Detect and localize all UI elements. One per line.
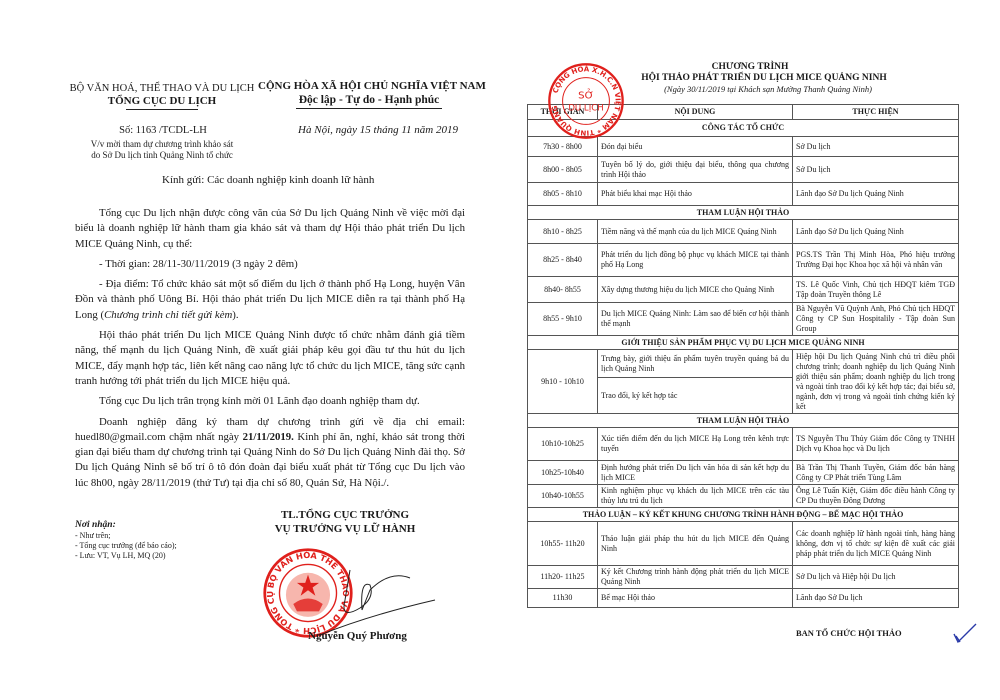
content-cell: Xây dựng thương hiệu du lịch MICE cho Qu… bbox=[598, 277, 793, 303]
executor-cell: Hiệp hội Du lịch Quảng Ninh chủ trì điều… bbox=[793, 350, 959, 414]
time-cell: 8h25 - 8h40 bbox=[528, 244, 598, 277]
content-cell: Phát triển du lịch đồng bộ phục vụ khách… bbox=[598, 244, 793, 277]
svg-text:DU LỊCH: DU LỊCH bbox=[568, 103, 603, 113]
program-schedule-table: THỜI GIAN NỘI DUNG THỰC HIỆN CÔNG TÁC TỔ… bbox=[527, 104, 959, 608]
table-row: 8h00 - 8h05 Tuyên bố lý do, giới thiệu đ… bbox=[528, 157, 959, 183]
content-cell: Đón đại biểu bbox=[598, 137, 793, 157]
executor-cell: Sở Du lịch bbox=[793, 157, 959, 183]
national-motto: Độc lập - Tự do - Hạnh phúc bbox=[258, 93, 480, 107]
table-row: 10h55- 11h20 Thảo luận giải pháp thu hút… bbox=[528, 522, 959, 566]
department-underline bbox=[126, 109, 198, 110]
time-cell: 10h10-10h25 bbox=[528, 428, 598, 461]
paragraph-invitation: Tổng cục Du lịch trân trọng kính mời 01 … bbox=[75, 394, 465, 409]
table-row: 10h25-10h40 Định hướng phát triển Du lịc… bbox=[528, 461, 959, 485]
executor-cell: PGS.TS Trần Thị Minh Hòa, Phó hiệu trưởn… bbox=[793, 244, 959, 277]
ministry-name: BỘ VĂN HOÁ, THỂ THAO VÀ DU LỊCH bbox=[62, 82, 262, 95]
content-cell: Thảo luận giải pháp thu hút du lịch MICE… bbox=[598, 522, 793, 566]
time-cell: 8h10 - 8h25 bbox=[528, 220, 598, 244]
section-row: GIỚI THIỆU SẢN PHẨM PHỤC VỤ DU LỊCH MICE… bbox=[528, 336, 959, 350]
executor-cell: TS Nguyễn Thu Thủy Giám đốc Công ty TNHH… bbox=[793, 428, 959, 461]
location-end: ). bbox=[232, 309, 238, 321]
executor-cell: Sở Du lịch và Hiệp hội Du lịch bbox=[793, 566, 959, 589]
organizer-signature: BAN TỔ CHỨC HỘI THẢO bbox=[796, 628, 902, 638]
table-row: 8h10 - 8h25 Tiềm năng và thế mạnh của du… bbox=[528, 220, 959, 244]
recipients-title: Nơi nhận: bbox=[75, 519, 177, 531]
issuer-header: BỘ VĂN HOÁ, THỂ THAO VÀ DU LỊCH TỔNG CỤC… bbox=[62, 82, 262, 110]
section-row: THAM LUẬN HỘI THẢO bbox=[528, 206, 959, 220]
column-header-executor: THỰC HIỆN bbox=[793, 105, 959, 120]
time-cell: 8h55 - 9h10 bbox=[528, 303, 598, 336]
signature-title-line-1: TL.TỔNG CỤC TRƯỞNG bbox=[270, 508, 420, 522]
executor-cell: Lãnh đạo Sở Du lịch bbox=[793, 589, 959, 608]
motto-underline bbox=[296, 108, 442, 109]
table-row: 8h40- 8h55 Xây dựng thương hiệu du lịch … bbox=[528, 277, 959, 303]
content-cell: Ký kết Chương trình hành động phát triển… bbox=[598, 566, 793, 589]
time-cell: 10h55- 11h20 bbox=[528, 522, 598, 566]
time-cell: 11h20- 11h25 bbox=[528, 566, 598, 589]
section-title: THAM LUẬN HỘI THẢO bbox=[528, 414, 959, 428]
national-header: CỘNG HÒA XÃ HỘI CHỦ NGHĨA VIỆT NAM Độc l… bbox=[258, 79, 480, 109]
table-row: 11h30 Bế mạc Hội thảo Lãnh đạo Sở Du lịc… bbox=[528, 589, 959, 608]
checkmark-signature-icon bbox=[952, 622, 978, 644]
paragraph-registration: Doanh nghiệp đăng ký tham dự chương trìn… bbox=[75, 415, 465, 491]
content-cell: Trưng bày, giới thiệu ấn phẩm tuyên truy… bbox=[598, 350, 793, 378]
recipient-item: - Tổng cục trưởng (để báo cáo); bbox=[75, 541, 177, 551]
section-row: THẢO LUẬN – KÝ KẾT KHUNG CHƯƠNG TRÌNH HÀ… bbox=[528, 508, 959, 522]
svg-text:SỞ: SỞ bbox=[578, 88, 594, 102]
time-cell: 8h40- 8h55 bbox=[528, 277, 598, 303]
subject-line-2: do Sở Du lịch tỉnh Quảng Ninh tổ chức bbox=[62, 150, 262, 161]
signature-scribble-icon bbox=[300, 560, 440, 640]
paragraph-location: - Địa điểm: Tổ chức khảo sát một số điểm… bbox=[75, 277, 465, 323]
column-header-content: NỘI DUNG bbox=[598, 105, 793, 120]
executor-cell: Lãnh đạo Sở Du lịch Quảng Ninh bbox=[793, 183, 959, 206]
section-row: THAM LUẬN HỘI THẢO bbox=[528, 414, 959, 428]
content-cell: Phát biểu khai mạc Hội thảo bbox=[598, 183, 793, 206]
executor-cell: Bà Nguyễn Vũ Quỳnh Anh, Phó Chủ tịch HĐQ… bbox=[793, 303, 959, 336]
content-cell: Tuyên bố lý do, giới thiệu đại biểu, thô… bbox=[598, 157, 793, 183]
executor-cell: Sở Du lịch bbox=[793, 137, 959, 157]
nation-name: CỘNG HÒA XÃ HỘI CHỦ NGHĨA VIỆT NAM bbox=[258, 79, 480, 93]
recipient-item: - Như trên; bbox=[75, 531, 177, 541]
content-cell: Trao đổi, ký kết hợp tác bbox=[598, 378, 793, 414]
signature-title: TL.TỔNG CỤC TRƯỞNG VỤ TRƯỞNG VỤ LỮ HÀNH bbox=[270, 508, 420, 536]
section-title: THẢO LUẬN – KÝ KẾT KHUNG CHƯƠNG TRÌNH HÀ… bbox=[528, 508, 959, 522]
table-row: 9h10 - 10h10 Trưng bày, giới thiệu ấn ph… bbox=[528, 350, 959, 378]
document-subject: V/v mời tham dự chương trình khảo sát do… bbox=[62, 139, 262, 161]
executor-cell: Bà Trần Thị Thanh Tuyền, Giám đốc bán hà… bbox=[793, 461, 959, 485]
time-cell: 10h40-10h55 bbox=[528, 485, 598, 508]
recipient-line: Kính gửi: Các doanh nghiệp kinh doanh lữ… bbox=[162, 174, 374, 186]
table-row: 10h10-10h25 Xúc tiến điểm đến du lịch MI… bbox=[528, 428, 959, 461]
recipient-item: - Lưu: VT, Vụ LH, MQ (20) bbox=[75, 551, 177, 561]
recipients-block: Nơi nhận: - Như trên; - Tổng cục trưởng … bbox=[75, 519, 177, 561]
time-cell: 8h00 - 8h05 bbox=[528, 157, 598, 183]
time-cell: 11h30 bbox=[528, 589, 598, 608]
content-cell: Kinh nghiệm phục vụ khách du lịch MICE t… bbox=[598, 485, 793, 508]
time-cell: 10h25-10h40 bbox=[528, 461, 598, 485]
paragraph-purpose: Hội thảo phát triển Du lịch MICE Quảng N… bbox=[75, 328, 465, 389]
table-row: 8h55 - 9h10 Du lịch MICE Quảng Ninh: Làm… bbox=[528, 303, 959, 336]
registration-deadline: 21/11/2019. bbox=[243, 431, 294, 443]
time-cell: 8h05 - 8h10 bbox=[528, 183, 598, 206]
subject-line-1: V/v mời tham dự chương trình khảo sát bbox=[62, 139, 262, 150]
section-title: THAM LUẬN HỘI THẢO bbox=[528, 206, 959, 220]
executor-cell: TS. Lê Quốc Vinh, Chủ tịch HĐQT kiêm TGĐ… bbox=[793, 277, 959, 303]
signer-name: Nguyễn Quý Phương bbox=[308, 630, 407, 642]
content-cell: Xúc tiến điểm đến du lịch MICE Hạ Long t… bbox=[598, 428, 793, 461]
paragraph-intro: Tổng cục Du lịch nhận được công văn của … bbox=[75, 206, 465, 252]
department-seal-icon: CỘNG HOÀ X.H.C.N VIỆT NAM * TỈNH QUẢNG N… bbox=[547, 62, 625, 140]
content-cell: Du lịch MICE Quảng Ninh: Làm sao để biến… bbox=[598, 303, 793, 336]
signature-title-line-2: VỤ TRƯỞNG VỤ LỮ HÀNH bbox=[270, 522, 420, 536]
executor-cell: Lãnh đạo Sở Du lịch Quảng Ninh bbox=[793, 220, 959, 244]
official-letter: BỘ VĂN HOÁ, THỂ THAO VÀ DU LỊCH TỔNG CỤC… bbox=[0, 0, 500, 700]
content-cell: Định hướng phát triển Du lịch văn hóa di… bbox=[598, 461, 793, 485]
table-row: 10h40-10h55 Kinh nghiệm phục vụ khách du… bbox=[528, 485, 959, 508]
document-number: Số: 1163 /TCDL-LH bbox=[68, 125, 258, 136]
table-row: 11h20- 11h25 Ký kết Chương trình hành độ… bbox=[528, 566, 959, 589]
table-row: 8h25 - 8h40 Phát triển du lịch đồng bộ p… bbox=[528, 244, 959, 277]
letter-body: Tổng cục Du lịch nhận được công văn của … bbox=[75, 206, 465, 491]
department-name: TỔNG CỤC DU LỊCH bbox=[62, 95, 262, 108]
content-cell: Tiềm năng và thế mạnh của du lịch MICE Q… bbox=[598, 220, 793, 244]
location-note: Chương trình chi tiết gửi kèm bbox=[104, 309, 232, 321]
program-page: CHƯƠNG TRÌNH HỘI THẢO PHÁT TRIỂN DU LỊCH… bbox=[500, 0, 1000, 700]
paragraph-time: - Thời gian: 28/11-30/11/2019 (3 ngày 2 … bbox=[75, 257, 465, 272]
table-row: 8h05 - 8h10 Phát biểu khai mạc Hội thảo … bbox=[528, 183, 959, 206]
executor-cell: Ông Lê Tuấn Kiệt, Giám đốc điều hành Côn… bbox=[793, 485, 959, 508]
content-cell: Bế mạc Hội thảo bbox=[598, 589, 793, 608]
document-date: Hà Nội, ngày 15 tháng 11 năm 2019 bbox=[278, 124, 478, 136]
time-cell: 9h10 - 10h10 bbox=[528, 350, 598, 414]
executor-cell: Các doanh nghiệp lữ hành ngoài tỉnh, hàn… bbox=[793, 522, 959, 566]
section-title: GIỚI THIỆU SẢN PHẨM PHỤC VỤ DU LỊCH MICE… bbox=[528, 336, 959, 350]
